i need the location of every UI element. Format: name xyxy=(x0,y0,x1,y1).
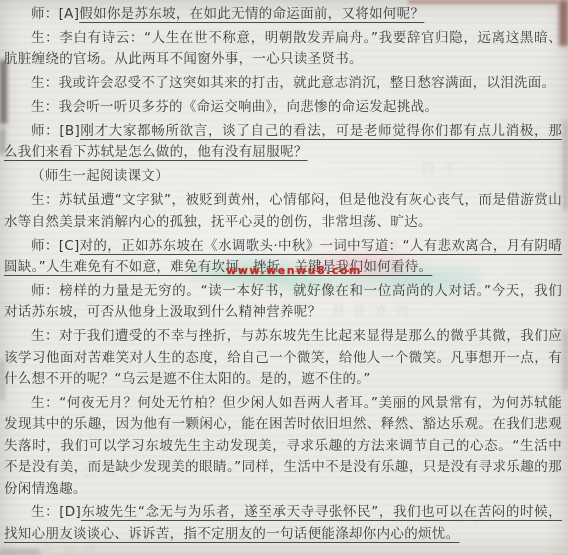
dialogue-text: 师： xyxy=(31,6,59,22)
dialogue-text: 师： xyxy=(31,123,59,139)
dialogue-text: [C] xyxy=(59,238,80,254)
scanned-exam-page: 师：[A]假如你是苏东坡，在如此无情的命运面前，又将如何呢？生：李白有诗云：“人… xyxy=(0,0,568,555)
paragraph: 生：我或许会忍受不了这突如其来的打击，就此意志消沉，整日愁容满面，以泪洗面。 xyxy=(4,73,562,94)
paragraph: 生：[D]东坡先生“念无与为乐者，遂至承天寺寻张怀民”，我们也可以在苦闷的时候，… xyxy=(4,502,562,545)
paragraph: 生：苏轼虽遭“文字狱”，被贬到黄州，心情郁闷，但是他没有灰心丧气，而是借游赏山水… xyxy=(4,190,562,233)
paragraph: （师生一起阅读课文） xyxy=(4,166,562,187)
dialogue-text: 生：对于我们遭受的不幸与挫折，与苏东坡先生比起来显得是那么的微乎其微，我们应该学… xyxy=(4,328,562,387)
dialogue-text: 生： xyxy=(31,504,59,520)
dialogue-text: 生：李白有诗云：“人生在世不称意，明朝散发弄扁舟。”我要辞官归隐，远离这黑暗、肮… xyxy=(4,30,562,67)
dialogue-text: 生：我会听一听贝多芬的《命运交响曲》，向悲惨的命运发起挑战。 xyxy=(31,99,438,115)
underlined-text: 刚才大家都畅所欲言，谈了自己的看法，可是老师觉得你们都有点儿消极，那么我们来看下… xyxy=(4,123,562,160)
underlined-text: 假如你是苏东坡，在如此无情的命运面前，又将如何呢？ xyxy=(79,6,424,22)
scan-smudge xyxy=(563,120,568,210)
dialogue-text: （师生一起阅读课文） xyxy=(31,168,169,184)
paragraph: 师：[A]假如你是苏东坡，在如此无情的命运面前，又将如何呢？ xyxy=(4,4,562,25)
scan-smudge xyxy=(563,330,568,390)
dialogue-text: 生：苏轼虽遭“文字狱”，被贬到黄州，心情郁闷，但是他没有灰心丧气，而是借游赏山水… xyxy=(4,192,562,229)
paragraph: 生：我会听一听贝多芬的《命运交响曲》，向悲惨的命运发起挑战。 xyxy=(4,97,562,118)
scan-smudge xyxy=(0,549,40,555)
paragraph: 生：对于我们遭受的不幸与挫折，与苏东坡先生比起来显得是那么的微乎其微，我们应该学… xyxy=(4,326,562,390)
watermark-url: www.wenwu8.com xyxy=(214,264,374,277)
paragraph: 师：[B]刚才大家都畅所欲言，谈了自己的看法，可是老师觉得你们都有点儿消极，那么… xyxy=(4,121,562,164)
paragraph: 生：“何夜无月？何处无竹柏？但少闲人如吾两人者耳。”美丽的风景常有，为何苏轼能发… xyxy=(4,393,562,500)
dialogue-text: 生：我或许会忍受不了这突如其来的打击，就此意志消沉，整日愁容满面，以泪洗面。 xyxy=(31,75,555,91)
dialogue-text: [A] xyxy=(59,6,80,22)
paragraph: 师：榜样的力量是无穷的。“读一本好书，就好像在和一位高尚的人对话。”今天，我们对… xyxy=(4,281,562,324)
dialogue-text: [B] xyxy=(59,123,80,139)
dialogue-text: 生：“何夜无月？何处无竹柏？但少闲人如吾两人者耳。”美丽的风景常有，为何苏轼能发… xyxy=(4,395,562,497)
dialogue-text: 师： xyxy=(31,238,59,254)
dialogue-text: [D] xyxy=(59,504,81,520)
underlined-text: 东坡先生“念无与为乐者，遂至承天寺寻张怀民”，我们也可以在苦闷的时候，找知心朋友… xyxy=(4,504,562,541)
dialogue-text: 师：榜样的力量是无穷的。“读一本好书，就好像在和一位高尚的人对话。”今天，我们对… xyxy=(4,283,562,320)
paragraph: 生：李白有诗云：“人生在世不称意，明朝散发弄扁舟。”我要辞官归隐，远离这黑暗、肮… xyxy=(4,28,562,71)
